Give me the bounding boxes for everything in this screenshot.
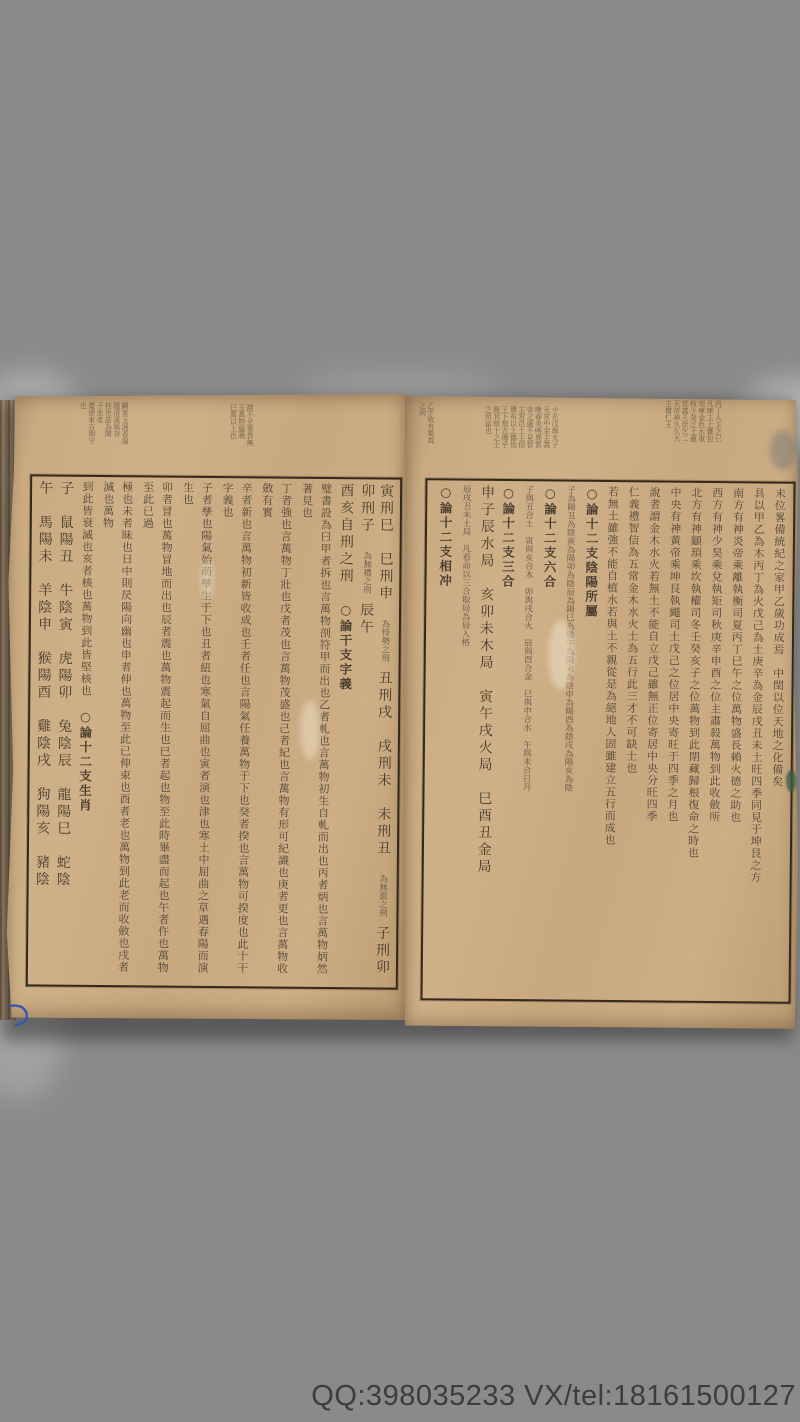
open-book: 闢家玉洞香溫隱清溪風谷桂世誥為閑子迷產憂猿東吉期守也 謂不全妻畏無玉萬物臨曉巳萬… (6, 394, 798, 1034)
column-text: ○論十二支相冲 (437, 484, 453, 588)
text-column: 子 鼠陽丑 牛陰寅 虎陽卯 兔陰辰 龍陽巳 蛇陰 (52, 481, 75, 981)
text-column: 辛者新也言萬物初新皆收成也壬者任也言陽氣任養萬物于下也癸者揆也言萬物可揆度也此十… (213, 482, 255, 982)
column-text: 申子辰水局 亥卯未木局 寅午戌火局 巳酉丑金局 (475, 485, 495, 876)
column-text: 酉亥自刑之刑 (337, 483, 354, 602)
text-column: 仁義禮智信為五常金木水火土為五行此三才不可缺土也 (619, 486, 643, 996)
text-column: 璧書設為曰甲者拆也言萬物剖符甲而出也乙者軋也言萬物初生自軋而出也丙者炳也言萬物炳… (292, 483, 334, 983)
margin-note-line: 天帝神久久大 (672, 400, 679, 476)
column-text: 丑刑戌 戌刑未 未刑丑 (375, 670, 393, 874)
column-text: 為恃勢之刑 (380, 619, 390, 670)
left-page: 闢家玉洞香溫隱清溪風谷桂世誥為閑子迷產憂猿東吉期守也 謂不全妻畏無玉萬物臨曉巳萬… (6, 394, 405, 1020)
text-column: 中央有神黃帝乘坤艮執繩司土戊己之位居中央寄旺于四季之月也 (660, 487, 684, 997)
margin-note-line: 小玄戊烸太子 (551, 406, 558, 478)
margin-note-line: 之所畠也 (484, 406, 491, 478)
column-text: 子者孳也陽氣始萌孳生于下也丑者紐也寒氣自屈曲也寅者演也津也寒土中屈曲之草遇春陽而… (181, 482, 213, 974)
text-column: 南方有神炎帝乘離執衡司夏丙丁巳午之位萬物盛長賴火德之助也 (723, 487, 747, 997)
margin-note-line: 売庫金色水重 (697, 400, 704, 476)
watermark-text: QQ:398035233 VX/tel:18161500127 (0, 1380, 796, 1413)
column-text: 卯者冒也萬物冒地而出也辰者震也萬物震起而生也巳者起也物至此時畢盡而起也午者仵也萬… (141, 481, 173, 973)
text-column: ○論十二支三合 (493, 485, 517, 995)
margin-note: 乙字敓有蜀粦之刑 (417, 402, 434, 478)
margin-note-line: 憂猿東吉期守 (87, 402, 94, 474)
margin-note-line: 傳布以土德怡 (509, 406, 516, 478)
column-text: 午 馬陽未 羊陰申 猴陽酉 雞陰戌 狗陽亥 豬陰 (34, 480, 54, 888)
text-column: 未位畧備統紀之家甲乙歲功成焉 中閏以位天地之化備矣 (765, 488, 789, 998)
margin-note-line: 晚春美哨異質 (534, 406, 541, 478)
text-column: 極也未者昧也日中則昃陽向幽也申者伸也萬物至此已伸束也酉者老也萬物到此老而收斂也戌… (94, 481, 136, 981)
margin-note: 小玄戊烸太子天宮中金主義晚春美哨異質帝之處不見智主宮邑土主信傳布以土德怡王下敖古… (483, 406, 558, 478)
right-page-text: 未位畧備統紀之家甲乙歲功成焉 中閏以位天地之化備矣具以甲乙為木丙丁為火戊己為土庚… (428, 484, 789, 997)
text-column: 到此皆衰滅也亥者核也萬物到此皆堅核也 ○論十二支生肖 (73, 481, 96, 981)
margin-note: 闢家玉洞香溫隱清溪風谷桂世誥為閑子迷產憂猿東吉期守也 (78, 402, 128, 474)
column-text: 辰午 (358, 602, 374, 636)
margin-note-line: 既冥敀十之土 (492, 406, 499, 478)
text-column: 說者謂金木水火若無土不能自立戊己雖無正位寄居中央分旺四季 (639, 486, 663, 996)
column-text: 子與丑合土 寅與亥合木 卯與戌合火 辰與酉合金 巳與申合水 午與未合日月 (521, 485, 534, 791)
margin-note-line: 主宮邑土主信 (517, 406, 524, 478)
column-text: 寅刑巳 巳刑申 (377, 483, 394, 619)
right-page: 乙字敓有蜀粦之刑 小玄戊烸太子天宮中金主義晚春美哨異質帝之處不見智主宮邑土主信傳… (405, 394, 798, 1030)
column-text: 具以甲乙為木丙丁為火戊己為土庚辛為金辰戌丑未土旺四季同見于坤艮之方 (749, 487, 766, 883)
left-page-text: 寅刑巳 巳刑申 為恃勢之刑 丑刑戌 戌刑未 未刑丑 為無恩之刑 子刑卯 卯刑子 … (33, 480, 395, 983)
margin-note-line: 王下敖古傳乎 (501, 406, 508, 478)
right-page-frame: 未位畧備統紀之家甲乙歲功成焉 中閏以位天地之化備矣具以甲乙為木丙丁為火戊己為土庚… (421, 478, 796, 1004)
margin-note-line: 謂不全妻畏無 (246, 404, 253, 474)
column-text: 璧書設為曰甲者拆也言萬物剖符甲而出也乙者軋也言萬物初生自軋而出也丙者炳也言萬物炳… (300, 483, 332, 975)
column-text: 北方有神顓頊乘坎執權司冬壬癸亥子之位萬物到此閉藏歸根復命之時也 (686, 487, 703, 859)
text-column: ○論十二支六合 (535, 485, 559, 995)
margin-note-line: 之刑 (418, 402, 425, 478)
column-text: 子 鼠陽丑 牛陰寅 虎陽卯 兔陰辰 龍陽巳 蛇陰 (55, 481, 75, 889)
column-text: 為無恩之刑 (377, 874, 387, 925)
text-column: 卯者冒也萬物冒地而出也辰者震也萬物震起而生也巳者起也物至此時畢盡而起也午者仵也萬… (133, 481, 175, 981)
text-column: 若無土雖強不能自植水若與土不親從是為絕地人固雖建立五行而成也 (598, 486, 622, 996)
column-text: ○論十二支陰陽所屬 (583, 486, 599, 619)
column-text: ○論十二支生肖 (77, 709, 93, 813)
column-text: 說者謂金木水火若無土不能自立戊己雖無正位寄居中央分旺四季 (645, 486, 661, 822)
column-text: 為無禮之刑 (361, 551, 371, 602)
margin-note-line: 枝少癸乏土蓮 (689, 400, 696, 476)
column-text: ○論干支字義 (338, 602, 354, 692)
text-column: 西方有神少昊乘兌執矩司秋庚辛申酉之位主肅殺萬物到此收斂所 (702, 487, 726, 997)
left-page-frame: 寅刑巳 巳刑申 為恃勢之刑 丑刑戌 戌刑未 未刑丑 為無恩之刑 子刑卯 卯刑子 … (26, 474, 402, 989)
margin-note-line: 帝之處不見智 (526, 406, 533, 478)
text-column: 寅刑巳 巳刑申 為恃勢之刑 丑刑戌 戌刑未 未刑丑 為無恩之刑 子刑卯 卯刑子 … (353, 483, 395, 983)
column-text: 若無土雖強不能自植水若與土不親從是為絕地人固雖建立五行而成也 (603, 486, 619, 846)
text-column: 子與丑合土 寅與亥合木 卯與戌合火 辰與酉合金 巳與申合水 午與未合日月 (514, 485, 538, 995)
margin-note: 丙丁人主之巳凡庫主上甕包売庫金色水重枝少癸乏土蓮优義夭佳乞二天帝神久久大主檀仁玉 (663, 400, 721, 476)
column-text: 未位畧備統紀之家甲乙歲功成焉 中閏以位天地之化備矣 (771, 488, 787, 788)
column-text: 極也未者昧也日中則昃陽向幽也申者伸也萬物至此已伸束也酉者老也萬物到此老而收斂也戌… (102, 481, 134, 973)
margin-note-line: 丙丁人主之巳 (714, 400, 721, 476)
margin-note-line: 隱清溪風谷 (112, 402, 119, 474)
text-column: 丁者強也言萬物丁壯也戊者茂也言萬物茂盛也己者紀也言萬物有形可紀識也庚者更也言萬物… (253, 482, 295, 982)
margin-note-line: 天宮中金主義 (542, 406, 549, 478)
text-column: 北方有神顓頊乘坎執權司冬壬癸亥子之位萬物到此閉藏歸根復命之時也 (681, 487, 705, 997)
column-text: 辛者新也言萬物初新皆收成也壬者任也言陽氣任養萬物于下也癸者揆也言萬物可揆度也此十… (221, 482, 253, 974)
text-column: ○論十二支相冲 (431, 484, 455, 994)
text-column: 申子辰水局 亥卯未木局 寅午戌火局 巳酉丑金局 (472, 485, 496, 995)
text-column: 午 馬陽未 羊陰申 猴陽酉 雞陰戌 狗陽亥 豬陰 (33, 480, 54, 980)
text-column: ○論十二支陰陽所屬 (577, 486, 601, 996)
margin-note-line: 凡庫主上甕包 (706, 400, 713, 476)
photo-background: 闢家玉洞香溫隱清溪風谷桂世誥為閑子迷產憂猿東吉期守也 謂不全妻畏無玉萬物臨曉巳萬… (0, 0, 800, 1422)
margin-note: 謂不全妻畏無玉萬物臨曉巳萬以上也 (228, 404, 253, 474)
margin-note-line: 子迷產 (96, 402, 103, 474)
column-text: ○論十二支三合 (500, 485, 516, 589)
margin-note-line: 玉萬物臨曉 (237, 404, 244, 474)
margin-note-line: 乙字敓有蜀粦 (426, 402, 433, 478)
margin-note-line: 巳萬以上也 (229, 404, 236, 474)
blue-pen-mark (8, 1002, 38, 1028)
column-text: 仁義禮智信為五常金木水火土為五行此三才不可缺土也 (625, 486, 641, 774)
margin-note-line: 主檀仁玉 (664, 400, 671, 476)
column-text: 到此皆衰滅也亥者核也萬物到此皆堅核也 (79, 481, 94, 709)
column-text: 丁者強也言萬物丁壯也戊者茂也言萬物茂盛也己者紀也言萬物有形可紀識也庚者更也言萬物… (261, 482, 293, 974)
column-text: 西方有神少昊乘兌執矩司秋庚辛申酉之位主肅殺萬物到此收斂所 (708, 487, 724, 823)
text-column: 子為陽丑為陰寅為陽卯為陰辰為陽巳為陰午為陽未為陰申為陽酉為陰戌為陽亥為陰 (556, 486, 580, 996)
column-text: 辰戌丑未土局 凡看命以三合取局為局入格 (460, 485, 472, 647)
column-text: 子為陽丑為陰寅為陽卯為陰辰為陽巳為陰午為陽未為陰申為陽酉為陰戌為陽亥為陰 (563, 486, 576, 792)
margin-note-line: 优義夭佳乞二 (681, 400, 688, 476)
text-column: 辰戌丑未土局 凡看命以三合取局為局入格 (452, 485, 476, 995)
text-column: 具以甲乙為木丙丁為火戊己為土庚辛為金辰戌丑未土旺四季同見于坤艮之方 (744, 487, 768, 997)
margin-note-line: 桂世誥為閑 (104, 402, 111, 474)
text-column: 子者孳也陽氣始萌孳生于下也丑者紐也寒氣自屈曲也寅者演也津也寒土中屈曲之草遇春陽而… (173, 482, 215, 982)
margin-note-line: 闢家玉洞香溫 (121, 402, 128, 474)
column-text: ○論十二支六合 (542, 485, 558, 589)
column-text: 南方有神炎帝乘離執衡司夏丙丁巳午之位萬物盛長賴火德之助也 (728, 487, 744, 823)
margin-note-line: 也 (79, 402, 86, 474)
text-column: 酉亥自刑之刑 ○論干支字義 (332, 483, 355, 983)
column-text: 中央有神黃帝乘坤艮執繩司土戊己之位居中央寄旺于四季之月也 (666, 487, 682, 823)
